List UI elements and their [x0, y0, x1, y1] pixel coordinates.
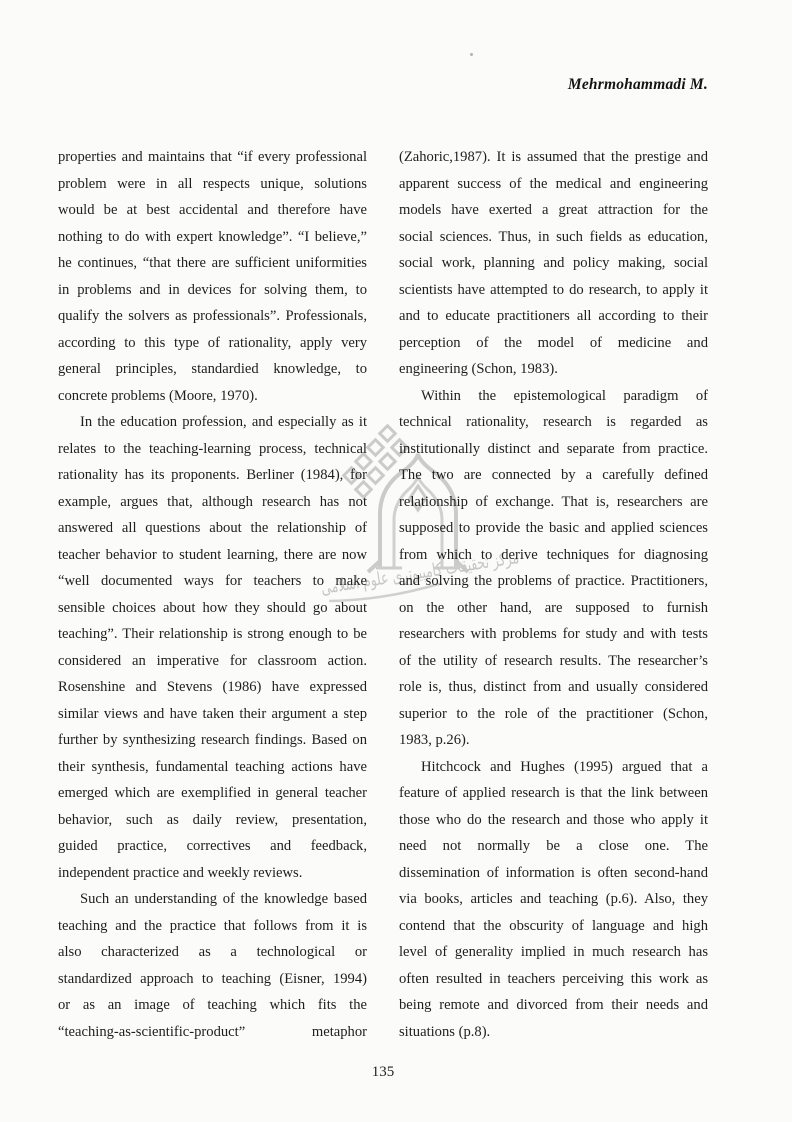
text-line: teacher behavior to student learning, th…: [58, 542, 367, 569]
text-line: problem were in all respects unique, sol…: [58, 171, 367, 198]
text-line: Such an understanding of the knowledge b…: [58, 886, 367, 913]
text-line: those who do the research and those who …: [399, 807, 708, 834]
text-line: often resulted in teachers perceiving th…: [399, 966, 708, 993]
text-line: 1983, p.26).: [399, 727, 708, 754]
text-line: apparent success of the medical and engi…: [399, 171, 708, 198]
text-line: (Zahoric,1987). It is assumed that the p…: [399, 144, 708, 171]
text-line: social work, planning and policy making,…: [399, 250, 708, 277]
document-page: Mehrmohammadi M.: [0, 0, 792, 1122]
text-line: “well documented ways for teachers to ma…: [58, 568, 367, 595]
text-line: qualify the solvers as professionals”. P…: [58, 303, 367, 330]
text-line: models have exerted a great attraction f…: [399, 197, 708, 224]
text-line: sensible choices about how they should g…: [58, 595, 367, 622]
page-number: 135: [58, 1064, 708, 1081]
text-line: rationality has its proponents. Berliner…: [58, 462, 367, 489]
text-line: would be at best accidental and therefor…: [58, 197, 367, 224]
text-line: relationship of exchange. That is, resea…: [399, 489, 708, 516]
text-line: In the education profession, and especia…: [58, 409, 367, 436]
text-line: and to educate practitioners all accordi…: [399, 303, 708, 330]
text-line: he continues, “that there are sufficient…: [58, 250, 367, 277]
text-line: Rosenshine and Stevens (1986) have expre…: [58, 674, 367, 701]
text-line: independent practice and weekly reviews.: [58, 860, 367, 887]
text-line: relates to the teaching-learning process…: [58, 436, 367, 463]
text-line: need not normally be a close one. The: [399, 833, 708, 860]
text-line: Hitchcock and Hughes (1995) argued that …: [399, 754, 708, 781]
text-line: teaching and the practice that follows f…: [58, 913, 367, 940]
text-line: and solving the problems of practice. Pr…: [399, 568, 708, 595]
text-line: technical rationality, research is regar…: [399, 409, 708, 436]
text-line: level of generality implied in much rese…: [399, 939, 708, 966]
text-line: dissemination of information is often se…: [399, 860, 708, 887]
text-line: example, argues that, although research …: [58, 489, 367, 516]
text-line: scientists have attempted to do research…: [399, 277, 708, 304]
two-column-text-block: properties and maintains that “if every …: [58, 144, 708, 1045]
text-line: social sciences. Thus, in such fields as…: [399, 224, 708, 251]
text-column-left: properties and maintains that “if every …: [58, 144, 367, 1045]
text-line: situations (p.8).: [399, 1019, 708, 1046]
text-line: role is, thus, distinct from and usually…: [399, 674, 708, 701]
text-line: via books, articles and teaching (p.6). …: [399, 886, 708, 913]
text-line: general principles, standardied knowledg…: [58, 356, 367, 383]
text-line: of the utility of research results. The …: [399, 648, 708, 675]
text-line: concrete problems (Moore, 1970).: [58, 383, 367, 410]
text-line: teaching”. Their relationship is strong …: [58, 621, 367, 648]
text-line: on the other hand, are supposed to furni…: [399, 595, 708, 622]
text-line: engineering (Schon, 1983).: [399, 356, 708, 383]
text-column-right: (Zahoric,1987). It is assumed that the p…: [399, 144, 708, 1045]
text-line: answered all questions about the relatio…: [58, 515, 367, 542]
text-line: also characterized as a technological or: [58, 939, 367, 966]
text-line: supposed to provide the basic and applie…: [399, 515, 708, 542]
text-line: from which to derive techniques for diag…: [399, 542, 708, 569]
text-line: perception of the model of medicine and: [399, 330, 708, 357]
scan-speck: [470, 53, 473, 56]
text-line: guided practice, correctives and feedbac…: [58, 833, 367, 860]
text-line: or as an image of teaching which fits th…: [58, 992, 367, 1019]
text-line: considered an imperative for classroom a…: [58, 648, 367, 675]
text-line: standardized approach to teaching (Eisne…: [58, 966, 367, 993]
text-line: “teaching-as-scientific-product” metapho…: [58, 1019, 367, 1046]
running-head-author: Mehrmohammadi M.: [58, 76, 708, 94]
text-line: The two are connected by a carefully def…: [399, 462, 708, 489]
text-line: emerged which are exemplified in general…: [58, 780, 367, 807]
text-line: feature of applied research is that the …: [399, 780, 708, 807]
text-line: properties and maintains that “if every …: [58, 144, 367, 171]
text-line: superior to the role of the practitioner…: [399, 701, 708, 728]
text-line: researchers with problems for study and …: [399, 621, 708, 648]
text-line: behavior, such as daily review, presenta…: [58, 807, 367, 834]
text-line: their synthesis, fundamental teaching ac…: [58, 754, 367, 781]
text-line: in problems and in devices for solving t…: [58, 277, 367, 304]
text-line: being remote and divorced from their nee…: [399, 992, 708, 1019]
text-line: nothing to do with expert knowledge”. “I…: [58, 224, 367, 251]
text-line: institutionally distinct and separate fr…: [399, 436, 708, 463]
text-line: according to this type of rationality, a…: [58, 330, 367, 357]
text-line: Within the epistemological paradigm of: [399, 383, 708, 410]
text-line: similar views and have taken their argum…: [58, 701, 367, 728]
text-line: contend that the obscurity of language a…: [399, 913, 708, 940]
text-line: further by synthesizing research finding…: [58, 727, 367, 754]
